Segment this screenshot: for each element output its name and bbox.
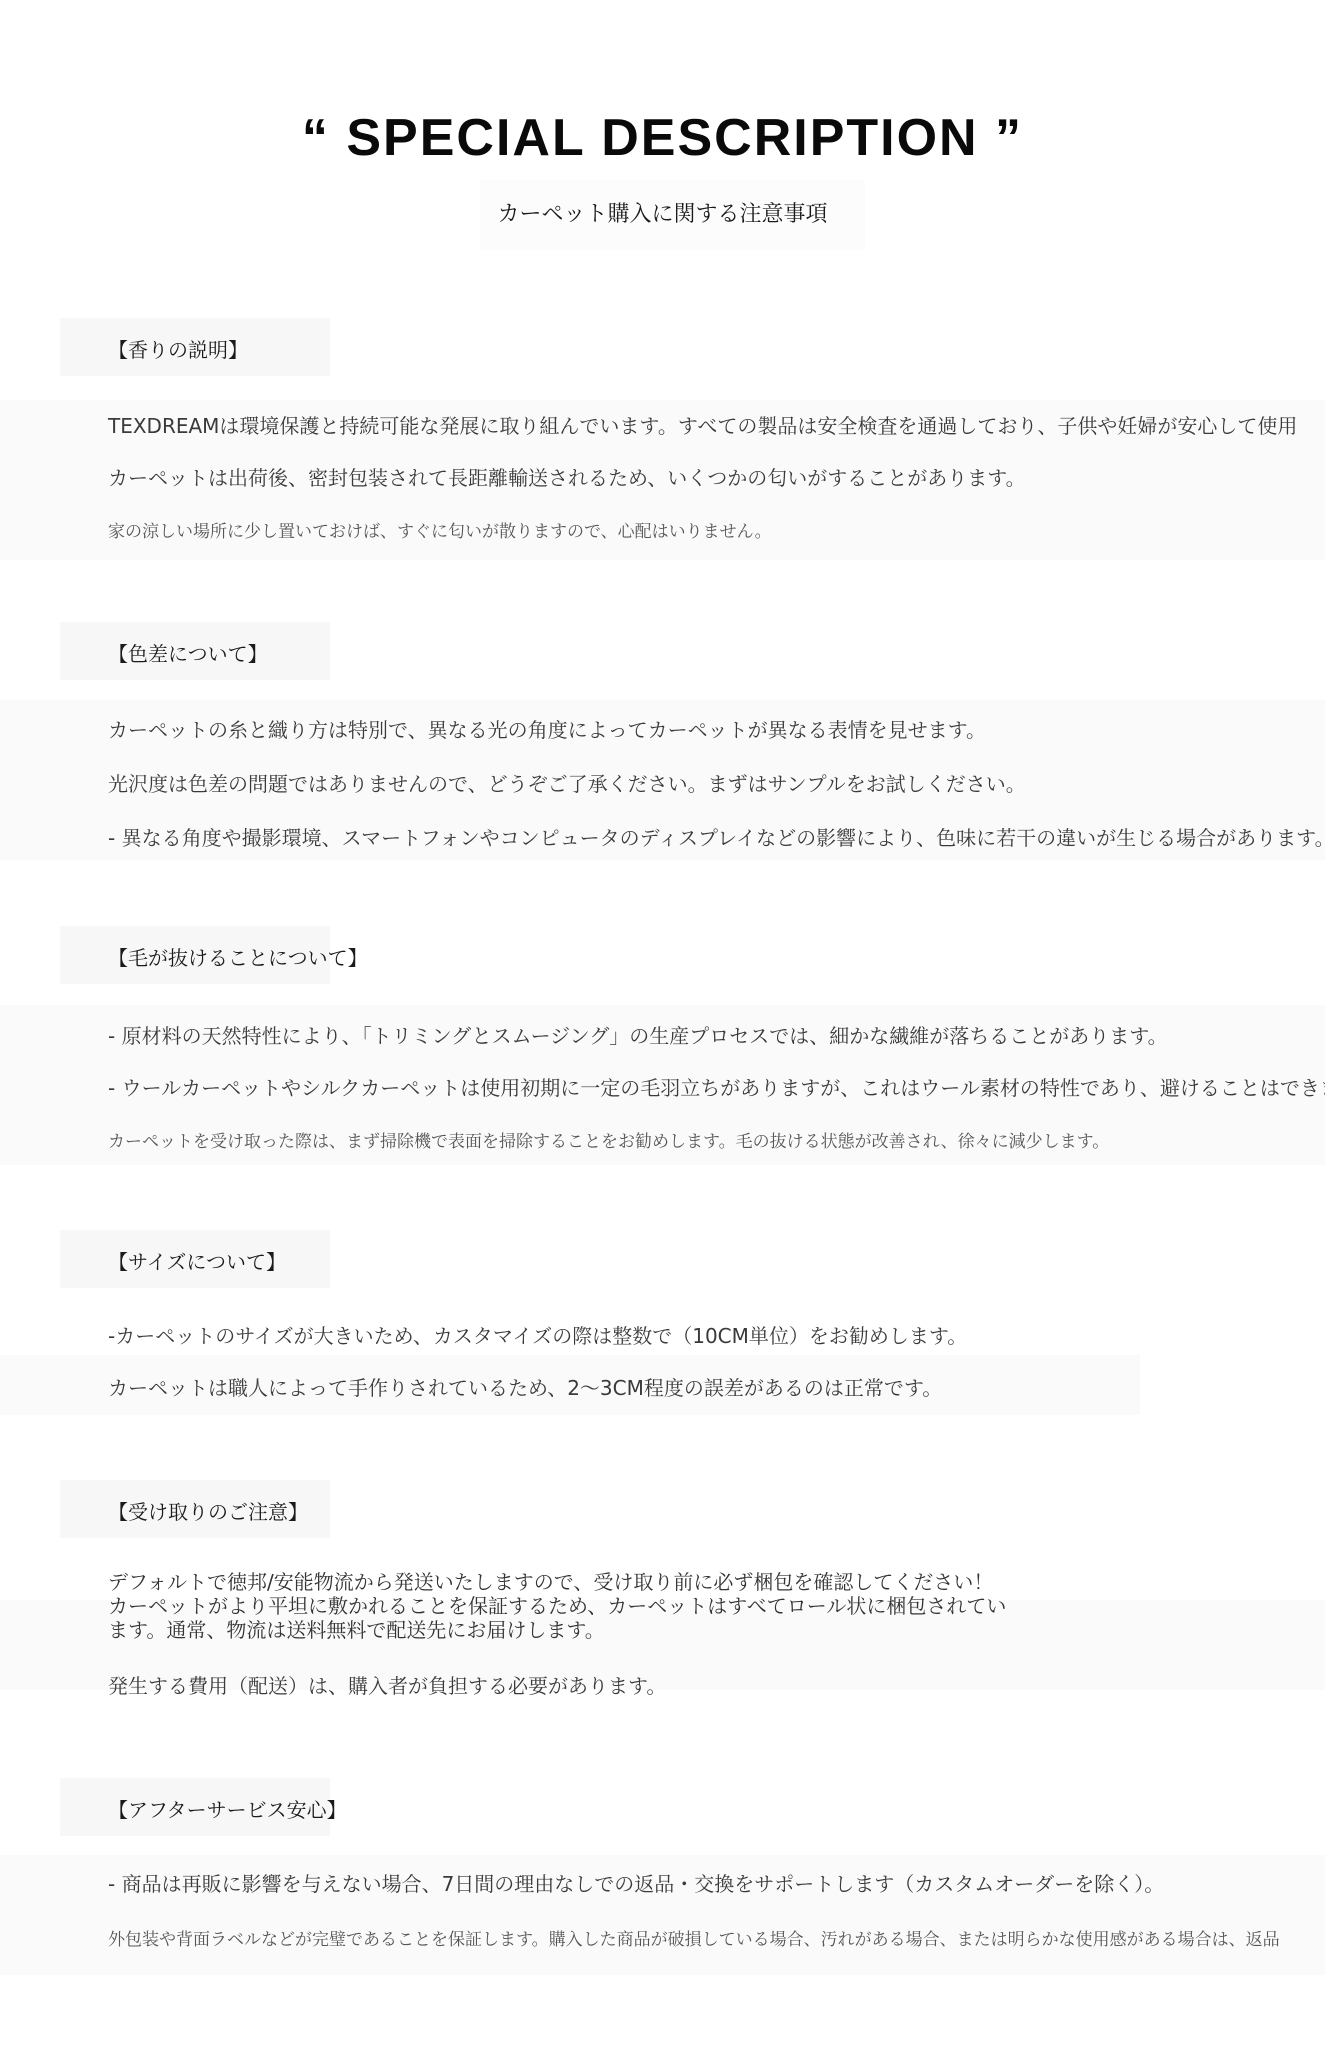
section-heading: 【色差について】 bbox=[108, 640, 268, 668]
section-line: カーペットを受け取った際は、まず掃除機で表面を掃除することをお勧めします。毛の抜… bbox=[108, 1128, 1109, 1156]
section-heading: 【毛が抜けることについて】 bbox=[108, 944, 368, 972]
section-line: TEXDREAMは環境保護と持続可能な発展に取り組んでいます。すべての製品は安全… bbox=[108, 412, 1297, 440]
section-line: - 商品は再販に影響を与えない場合、7日間の理由なしでの返品・交換をサポートしま… bbox=[108, 1870, 1164, 1898]
section-line: - 原材料の天然特性により、「トリミングとスムージング」の生産プロセスでは、細か… bbox=[108, 1022, 1168, 1050]
section-line: 外包装や背面ラベルなどが完璧であることを保証します。購入した商品が破損している場… bbox=[108, 1926, 1280, 1954]
section-heading: 【香りの説明】 bbox=[108, 336, 248, 364]
section-paragraph: デフォルトで徳邦/安能物流から発送いたしますので、受け取り前に必ず梱包を確認して… bbox=[108, 1570, 1008, 1642]
section-line: 発生する費用（配送）は、購入者が負担する必要があります。 bbox=[108, 1672, 666, 1700]
section-heading: 【サイズについて】 bbox=[108, 1248, 286, 1276]
section-line: -カーペットのサイズが大きいため、カスタマイズの際は整数で（10CM単位）をお勧… bbox=[108, 1322, 967, 1350]
section-line: - ウールカーペットやシルクカーペットは使用初期に一定の毛羽立ちがありますが、こ… bbox=[108, 1074, 1325, 1102]
section-line: カーペットは出荷後、密封包装されて長距離輸送されるため、いくつかの匂いがすること… bbox=[108, 464, 1026, 492]
page-title: “ SPECIAL DESCRIPTION ” bbox=[0, 108, 1325, 168]
section-line: カーペットの糸と織り方は特別で、異なる光の角度によってカーペットが異なる表情を見… bbox=[108, 716, 986, 744]
section-heading: 【アフターサービス安心】 bbox=[108, 1796, 347, 1824]
section-line: カーペットは職人によって手作りされているため、2〜3CM程度の誤差があるのは正常… bbox=[108, 1374, 942, 1402]
section-heading: 【受け取りのご注意】 bbox=[108, 1498, 308, 1526]
section-line: 家の涼しい場所に少し置いておけば、すぐに匂いが散りますので、心配はいりません。 bbox=[108, 518, 772, 546]
page-subtitle: カーペット購入に関する注意事項 bbox=[0, 200, 1325, 230]
section-line: 光沢度は色差の問題ではありませんので、どうぞご了承ください。まずはサンプルをお試… bbox=[108, 770, 1026, 798]
section-line: - 異なる角度や撮影環境、スマートフォンやコンピュータのディスプレイなどの影響に… bbox=[108, 824, 1325, 852]
